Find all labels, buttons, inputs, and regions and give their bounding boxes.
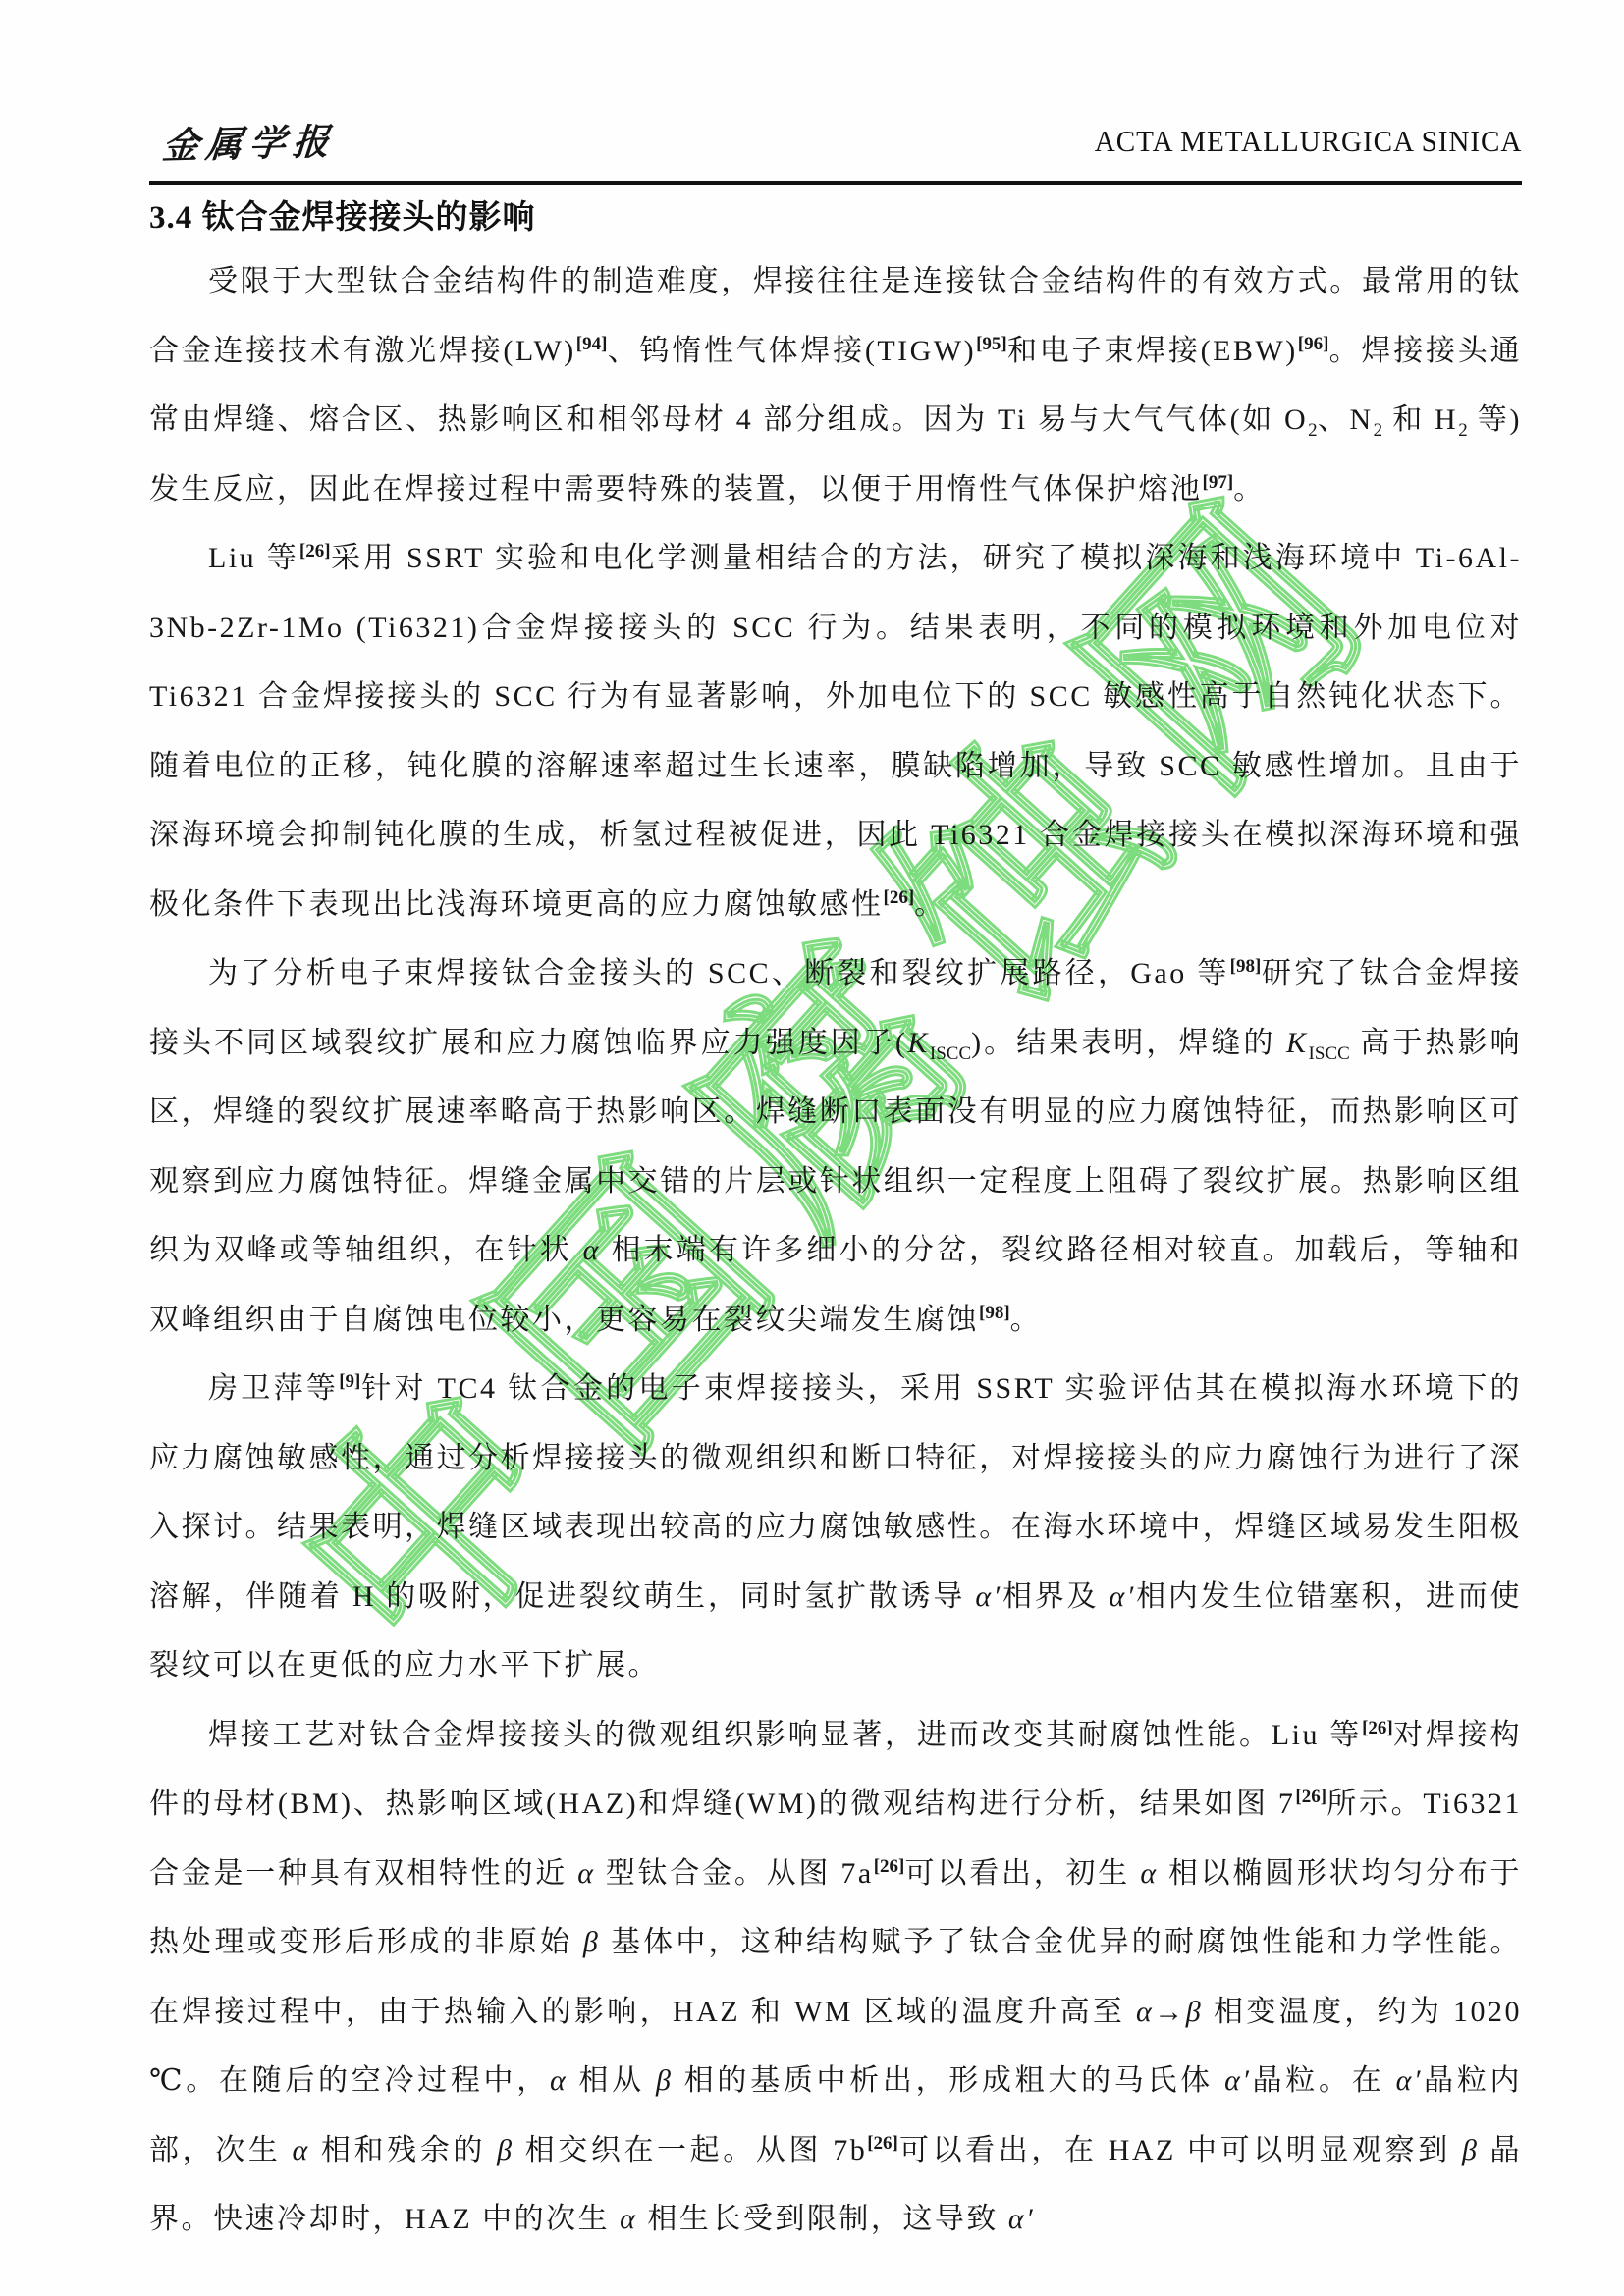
italic-symbol: β xyxy=(656,2064,673,2097)
italic-symbol: K xyxy=(1286,1027,1309,1059)
paragraph: 焊接工艺对钛合金焊接接头的微观组织影响显著，进而改变其耐腐蚀性能。Liu 等[2… xyxy=(149,1701,1522,2255)
reference-superscript: [26] xyxy=(884,887,915,908)
reference-superscript: [96] xyxy=(1298,334,1329,354)
reference-superscript: [26] xyxy=(867,2133,898,2154)
reference-superscript: [98] xyxy=(1230,956,1262,977)
reference-superscript: [26] xyxy=(1362,1718,1393,1738)
article-body: 受限于大型钛合金结构件的制造难度，焊接往往是连接钛合金结构件的有效方式。最常用的… xyxy=(149,247,1522,2255)
italic-symbol: α′ xyxy=(1008,2203,1035,2235)
journal-header: 金属学报 ACTA METALLURGICA SINICA xyxy=(149,0,1522,185)
italic-symbol: α′ xyxy=(1224,2064,1251,2097)
journal-name: ACTA METALLURGICA SINICA xyxy=(1094,124,1522,159)
italic-symbol: β xyxy=(497,2134,514,2166)
italic-symbol: β xyxy=(1186,1996,1203,2028)
reference-superscript: [26] xyxy=(1295,1787,1326,1807)
paragraph: 为了分析电子束焊接钛合金接头的 SCC、断裂和裂纹扩展路径，Gao 等[98]研… xyxy=(149,939,1522,1355)
page-content: 金属学报 ACTA METALLURGICA SINICA 3.4 钛合金焊接接… xyxy=(149,0,1522,2255)
italic-symbol: α xyxy=(583,1234,601,1266)
subscript: 2 xyxy=(1374,420,1383,441)
italic-symbol: α xyxy=(550,2064,568,2097)
reference-superscript: [26] xyxy=(299,541,331,561)
italic-symbol: α′ xyxy=(1396,2064,1423,2097)
reference-superscript: [97] xyxy=(1203,472,1234,493)
paragraph: 受限于大型钛合金结构件的制造难度，焊接往往是连接钛合金结构件的有效方式。最常用的… xyxy=(149,247,1522,524)
paragraph: 房卫萍等[9]针对 TC4 钛合金的电子束焊接接头，采用 SSRT 实验评估其在… xyxy=(149,1355,1522,1701)
reference-superscript: [95] xyxy=(976,334,1007,354)
subscript: 2 xyxy=(1308,420,1318,441)
italic-symbol: α xyxy=(577,1857,595,1890)
subscript: 2 xyxy=(1458,420,1468,441)
reference-superscript: [94] xyxy=(576,334,608,354)
reference-superscript: [26] xyxy=(874,1856,905,1877)
italic-symbol: α xyxy=(1140,1857,1158,1890)
scanned-paper-page: 中国腐蚀网 金属学报 ACTA METALLURGICA SINICA 3.4 … xyxy=(0,0,1624,2296)
journal-logo-calligraphy: 金属学报 xyxy=(161,112,339,170)
reference-superscript: [9] xyxy=(339,1371,360,1392)
italic-symbol: α′ xyxy=(975,1580,1001,1613)
paragraph: Liu 等[26]采用 SSRT 实验和电化学测量相结合的方法，研究了模拟深海和… xyxy=(149,524,1522,939)
subscript: ISCC xyxy=(930,1043,971,1064)
subscript: ISCC xyxy=(1309,1043,1350,1064)
italic-symbol: K xyxy=(907,1027,930,1059)
italic-symbol: α xyxy=(293,2134,310,2166)
italic-symbol: α xyxy=(620,2203,637,2235)
italic-symbol: β xyxy=(583,1926,600,1958)
section-heading: 3.4 钛合金焊接接头的影响 xyxy=(149,185,1522,240)
reference-superscript: [98] xyxy=(979,1303,1010,1323)
italic-symbol: α′ xyxy=(1110,1580,1136,1613)
italic-symbol: α xyxy=(1136,1996,1154,2028)
italic-symbol: β xyxy=(1462,2134,1479,2166)
